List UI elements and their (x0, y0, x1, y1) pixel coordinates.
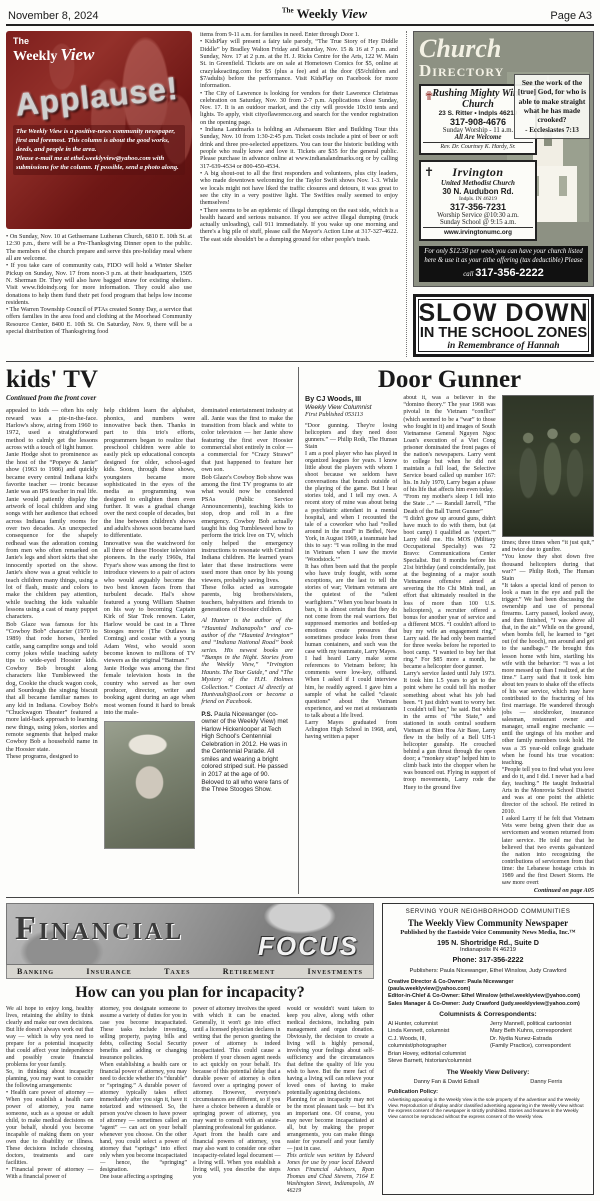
applause-logo-weekly: Weekly (13, 49, 57, 64)
financial-article-headline: How can you plan for incapacity? (6, 984, 374, 1002)
harlow-hickenlooper-photo (104, 721, 196, 849)
applause-logo-view: View (60, 45, 94, 64)
financial-focus-feature: Financial FOCUS Banking Insurance Taxes … (6, 903, 374, 1194)
door-gunner-col2-text: about it, was a believer in the “domino … (403, 395, 495, 894)
newspaper-masthead: The Weekly View (282, 6, 367, 22)
church2-worship-time: Worship Service @10:30 a.m. (423, 212, 533, 219)
kids-tv-article: kids' TV Continued from the front cover … (6, 367, 298, 894)
kids-tv-col3-text: dominated entertainment industry at all.… (201, 407, 293, 613)
columnists-right-list: Jerry Mannell, political cartoonist Mary… (490, 1021, 588, 1066)
kids-tv-col1: appealed to kids — often his only reward… (6, 407, 98, 849)
delivery-names: Danny Fan & David Edsall Danny Ferris (388, 1079, 588, 1087)
ps-label: P.S. (201, 711, 212, 718)
issue-date: November 8, 2024 (8, 10, 99, 22)
topic-taxes: Taxes (164, 967, 190, 976)
kids-tv-title: kids' TV (6, 367, 293, 392)
masthead-phone: Phone: 317-356-2222 (388, 955, 588, 965)
kids-tv-col2: help children learn the alphabet, phonic… (104, 407, 196, 849)
applause-intro-text: The Weekly View is a positive-news commu… (13, 125, 185, 175)
financial-focus-banner: Financial FOCUS (6, 903, 374, 965)
topic-insurance: Insurance (86, 967, 131, 976)
masthead-address: 195 N. Shortridge Rd., Suite D (388, 938, 588, 948)
financial-col1: We all hope to enjoy long, healthy lives… (6, 1006, 94, 1194)
door-gunner-col3-text: times; three times when “it just quit,” … (502, 540, 594, 886)
masthead-tagline: SERVING YOUR NEIGHBORHOOD COMMUNITIES (388, 908, 588, 916)
financial-col2: attorney, you designate someone to assum… (100, 1006, 188, 1194)
church-directory-ad: Church Directory ✟ Rushing Mighty W (413, 31, 594, 287)
slow-down-notice: SLOW DOWN IN THE SCHOOL ZONES in Remembr… (413, 294, 594, 357)
policy-text: Advertising appearing in the Weekly View… (388, 1097, 588, 1120)
masthead-role-sales: Sales Manager & Co-Owner: Judy Crawford … (388, 1001, 588, 1008)
middle-section: kids' TV Continued from the front cover … (6, 362, 594, 898)
byline-first-published: First Published 053113 (305, 411, 397, 418)
masthead-view: View (341, 6, 367, 21)
financial-col4-text: would or wouldn't want taken to keep you… (287, 1006, 375, 1151)
door-gunner-col3: times; three times when “it just quit,” … (502, 395, 594, 894)
page-number: Page A3 (550, 10, 592, 22)
newspaper-page: November 8, 2024 The Weekly View Page A3… (0, 0, 600, 1201)
kids-tv-col2-text: help children learn the alphabet, phonic… (104, 407, 196, 716)
policy-heading: Publication Policy: (388, 1089, 588, 1097)
slow-down-line1: SLOW DOWN (418, 302, 589, 326)
church-directory-footer: For only $12.50 per week you can have yo… (419, 246, 588, 282)
door-gunner-col1: By CJ Woods, III Weekly View Columnist F… (305, 395, 397, 894)
financial-topics-bar: Banking Insurance Taxes Retirement Inves… (6, 965, 374, 979)
church2-phone: 317-356-7231 (423, 202, 533, 212)
applause-items-col2: items from 9-11 a.m. for families in nee… (200, 31, 398, 357)
cross-icon: ✝ (424, 165, 434, 180)
financial-col3: power of attorney involves the speed wit… (193, 1006, 281, 1194)
church-title-script: Church (419, 34, 501, 63)
delivery-heading: The Weekly View Delivery: (388, 1069, 588, 1078)
door-gunner-article: Door Gunner By CJ Woods, III Weekly View… (298, 367, 594, 894)
church-listing-irvington: ✝ Irvington United Methodist Church 30 N… (419, 160, 537, 241)
financial-banner-word1: Financial (15, 910, 184, 948)
masthead-city: Indianapolis IN 46219 (388, 947, 588, 955)
masthead-the: The (282, 7, 294, 15)
page-header: November 8, 2024 The Weekly View Page A3 (6, 3, 594, 26)
church-directory-column: Church Directory ✟ Rushing Mighty W (406, 31, 594, 357)
applause-logo-the: The (13, 37, 185, 46)
byline-role: Weekly View Columnist (305, 404, 397, 412)
church2-address: 30 N. Audubon Rd. (423, 187, 533, 196)
church2-name: United Methodist Church (423, 180, 533, 187)
financial-article-columns: We all hope to enjoy long, healthy lives… (6, 1006, 374, 1194)
columnists-heading: Columnists & Correspondents: (388, 1011, 588, 1020)
ps-text: Paula Nicewanger (co-owner of the Weekly… (201, 711, 288, 793)
church-footer-phone: 317-356-2222 (475, 267, 544, 279)
slow-down-line2: IN THE SCHOOL ZONES (418, 326, 589, 341)
continued-on-page-note: Continued on page A05 (502, 887, 594, 894)
church2-sunday-school: Sunday School @ 9:15 a.m. (423, 219, 533, 226)
masthead-publishers: Publishers: Paula Nicewanger, Ethel Wins… (388, 968, 588, 976)
delivery-left: Danny Fan & David Edsall (414, 1079, 479, 1087)
masthead-publisher-line: Published by the Eastside Voice Communit… (388, 929, 588, 938)
scripture-reference: - Ecclesiastes 7:13 (517, 126, 587, 135)
church1-pastor: Rev. Dr. Courtney K. Hardy, Sr. (423, 142, 533, 150)
bottom-section: Financial FOCUS Banking Insurance Taxes … (6, 898, 594, 1194)
newspaper-masthead-box: SERVING YOUR NEIGHBORHOOD COMMUNITIES Th… (382, 903, 594, 1194)
slow-down-line3: in Remembrance of Hannah (418, 341, 589, 351)
applause-column: The Weekly View Applause! The Weekly Vie… (6, 31, 192, 357)
author-credit: Al Hunter is the author of the “Haunted … (201, 617, 293, 705)
church2-name-script: Irvington (423, 165, 533, 180)
scripture-quote: See the work of the [true] God, for who … (517, 78, 587, 124)
applause-logo: The Weekly View (13, 37, 185, 64)
edward-jones-credit: This article was written by Edward Jones… (287, 1153, 375, 1195)
top-section: The Weekly View Applause! The Weekly Vie… (6, 26, 594, 362)
door-gunner-col1-text: “Door gunning. They're losing helicopter… (305, 423, 397, 740)
masthead-role-creative: Creative Director & Co-Owner: Paula Nice… (388, 979, 588, 994)
columnists-lists: Al Hunter, columnist Linda Kennett, colu… (388, 1021, 588, 1066)
church-title-caps: Directory (419, 61, 504, 80)
cross-icon: ✟ (424, 89, 434, 104)
applause-promo-box: The Weekly View Applause! The Weekly Vie… (6, 31, 192, 229)
delivery-right: Danny Ferris (530, 1079, 562, 1087)
masthead-paper-name: The Weekly View Community Newspaper (388, 917, 588, 929)
scripture-quote-box: See the work of the [true] God, for who … (514, 74, 590, 139)
topic-banking: Banking (17, 967, 54, 976)
applause-items-col1: • On Sunday, Nov. 10 at Gethsemane Luthe… (6, 233, 192, 335)
three-soldiers-statue-photo (502, 395, 594, 537)
door-gunner-columns: By CJ Woods, III Weekly View Columnist F… (305, 395, 594, 894)
door-gunner-title: Door Gunner (305, 367, 594, 392)
byline-author: By CJ Woods, III (305, 395, 397, 403)
kids-tv-continued-note: Continued from the front cover (6, 394, 293, 402)
financial-banner-word2: FOCUS (258, 931, 359, 962)
topic-retirement: Retirement (223, 967, 275, 976)
columnists-left-list: Al Hunter, columnist Linda Kennett, colu… (388, 1021, 486, 1066)
church2-website: www.irvingtonumc.org (423, 227, 533, 236)
kids-tv-col3: dominated entertainment industry at all.… (201, 407, 293, 849)
masthead-role-editor: Editor-in-Chief & Co-Owner: Ethel Winslo… (388, 993, 588, 1000)
topic-investments: Investments (308, 967, 363, 976)
kids-tv-columns: appealed to kids — often his only reward… (6, 407, 293, 849)
financial-col4: would or wouldn't want taken to keep you… (287, 1006, 375, 1194)
masthead-weekly: Weekly (297, 6, 338, 21)
ps-note: P.S. Paula Nicewanger (co-owner of the W… (201, 711, 293, 794)
